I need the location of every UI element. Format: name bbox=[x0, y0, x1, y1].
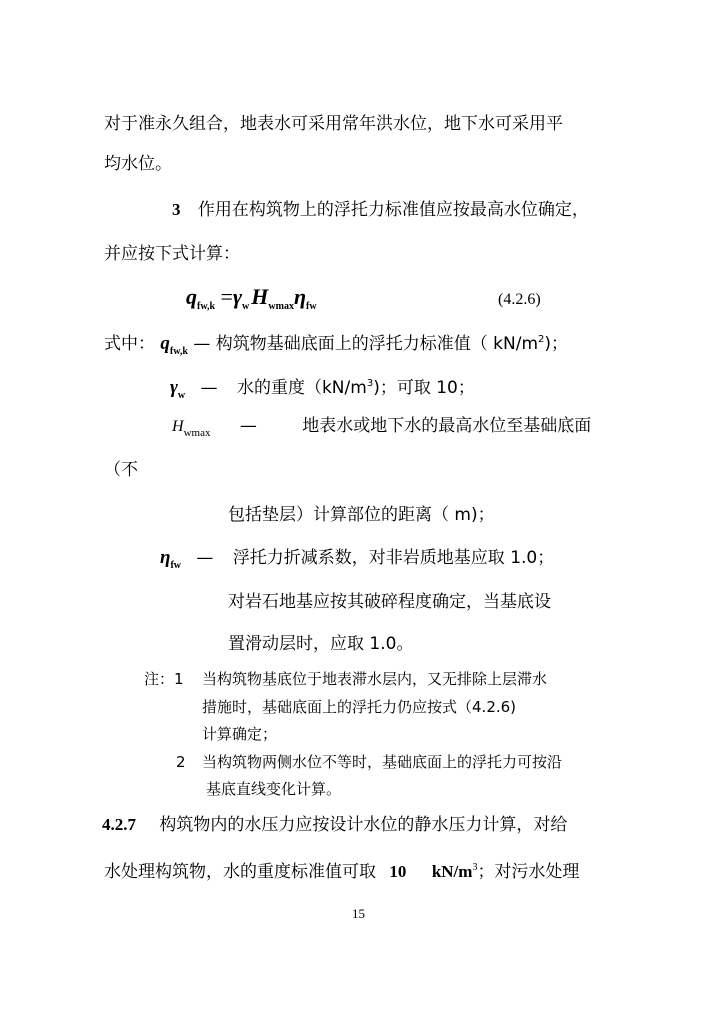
def-q-desc-end: )； bbox=[544, 334, 568, 354]
def-eta-desc-line1: 浮托力折减系数，对非岩质地基应取 1.0； bbox=[233, 548, 554, 568]
formula-eta-sub: fw bbox=[306, 301, 317, 312]
note1-line2: 措施时，基础底面上的浮托力仍应按式（4.2.6) bbox=[202, 697, 516, 717]
def-q-dash: — bbox=[193, 334, 210, 354]
def-eta-dash: — bbox=[196, 548, 213, 568]
item3-line2: 并应按下式计算： bbox=[104, 244, 240, 264]
note2-number: 2 bbox=[176, 753, 186, 771]
clause427-value: 10 bbox=[389, 862, 406, 881]
note1-line3: 计算确定； bbox=[202, 724, 277, 744]
def-q-desc: 构筑物基础底面上的浮托力标准值（ kN/m bbox=[216, 334, 538, 354]
note2-line2: 基底直线变化计算。 bbox=[206, 779, 341, 799]
formula-eta: η bbox=[294, 284, 306, 309]
def-gamma-sub: w bbox=[178, 390, 185, 401]
clause427-unit: kN/m bbox=[432, 862, 473, 881]
formula-H-sub: wmax bbox=[268, 301, 294, 312]
note2-line1: 2 当构筑物两侧水位不等时，基础底面上的浮托力可按沿 bbox=[176, 752, 186, 772]
para1-line1: 对于准永久组合，地表水可采用常年洪水位，地下水可采用平 bbox=[104, 114, 563, 134]
item3-number: 3 bbox=[172, 200, 181, 219]
def-intro: 式中： bbox=[104, 334, 155, 354]
clause427-text1: 构筑物内的水压力应按设计水位的静水压力计算，对给 bbox=[159, 815, 567, 835]
item3-text: 作用在构筑物上的浮托力标准值应按最高水位确定， bbox=[198, 200, 589, 220]
def-H-desc-line1: 地表水或地下水的最高水位至基础底面 bbox=[302, 416, 591, 436]
def-q-var: q bbox=[160, 333, 170, 354]
def-q-sub: fw,k bbox=[170, 346, 188, 357]
def-eta-sub: fw bbox=[170, 560, 181, 571]
def-gamma-line: γw — 水的重度（kN/m3)；可取 10； bbox=[170, 374, 475, 406]
def-gamma-desc: 水的重度（kN/m bbox=[237, 378, 367, 398]
clause427-number: 4.2.7 bbox=[102, 815, 136, 834]
def-H-line3: 包括垫层）计算部位的距离（ m)； bbox=[228, 505, 495, 525]
def-H-line2: （不 bbox=[104, 460, 138, 480]
formula-equation: qfw,k =γwHwmaxηfw bbox=[186, 284, 317, 320]
formula-gamma-sub: w bbox=[242, 301, 249, 312]
formula-equals: = bbox=[220, 284, 232, 309]
def-eta-line3: 置滑动层时，应取 1.0。 bbox=[228, 634, 413, 654]
def-eta-var: η bbox=[160, 547, 170, 568]
def-H-var: H bbox=[172, 418, 184, 435]
def-q-line: 式中： qfw,k — 构筑物基础底面上的浮托力标准值（ kN/m2)； bbox=[104, 330, 568, 362]
clause427-line2: 水处理构筑物，水的重度标准值可取 10 kN/m3；对污水处理 bbox=[104, 858, 579, 882]
note2-text1: 当构筑物两侧水位不等时，基础底面上的浮托力可按沿 bbox=[202, 752, 562, 772]
page-number: 15 bbox=[352, 906, 365, 922]
clause427-line1: 4.2.7 构筑物内的水压力应按设计水位的静水压力计算，对给 bbox=[102, 815, 567, 835]
def-eta-line: ηfw — 浮托力折减系数，对非岩质地基应取 1.0； bbox=[160, 548, 554, 576]
def-H-dash: — bbox=[240, 416, 257, 436]
def-eta-line2: 对岩石地基应按其破碎程度确定，当基底设 bbox=[228, 592, 551, 612]
def-H-line: Hwmax — 地表水或地下水的最高水位至基础底面 bbox=[172, 416, 591, 443]
def-H-sub: wmax bbox=[184, 427, 211, 439]
note1-text1: 当构筑物基底位于地表滞水层内，又无排除上层滞水 bbox=[202, 669, 547, 689]
def-gamma-var: γ bbox=[170, 377, 178, 398]
notes-label: 注：1 bbox=[144, 670, 184, 688]
formula-q-sub: fw,k bbox=[197, 301, 215, 312]
item3-line1: 3 作用在构筑物上的浮托力标准值应按最高水位确定， bbox=[172, 200, 589, 220]
clause427-text2a: 水处理构筑物，水的重度标准值可取 bbox=[104, 862, 376, 882]
note1-line1: 注：1 当构筑物基底位于地表滞水层内，又无排除上层滞水 bbox=[144, 669, 184, 689]
clause427-text2b: ；对污水处理 bbox=[477, 862, 579, 882]
para1-line2: 均水位。 bbox=[104, 154, 172, 174]
def-gamma-desc-end: )；可取 10； bbox=[373, 378, 475, 398]
formula-H: H bbox=[251, 284, 268, 309]
formula-q: q bbox=[186, 284, 197, 309]
def-gamma-dash: — bbox=[201, 378, 218, 398]
formula-number: (4.2.6) bbox=[498, 290, 541, 310]
formula-gamma: γ bbox=[233, 284, 242, 309]
